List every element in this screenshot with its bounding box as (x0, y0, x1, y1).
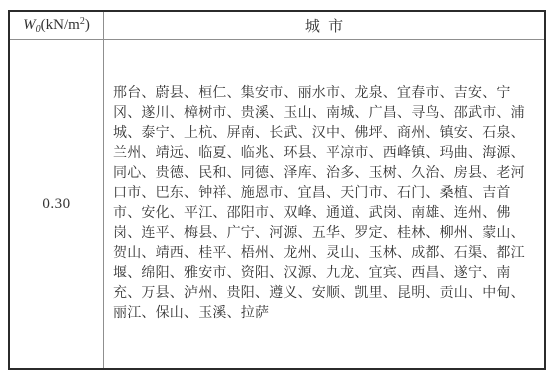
city-list-text: 邢台、蔚县、桓仁、集安市、丽水市、龙泉、宜春市、吉安、宁冈、遂川、樟树市、贵溪、… (104, 78, 544, 330)
header-cell-w0: W0(kN/m2) (10, 12, 104, 39)
table-header-row: W0(kN/m2) 城市 (10, 12, 544, 40)
w0-symbol: W (23, 17, 36, 33)
w0-column-header: W0(kN/m2) (23, 16, 90, 35)
w0-value-cell: 0.30 (10, 40, 104, 368)
header-cell-city: 城市 (104, 12, 544, 39)
city-column-header: 城市 (305, 15, 352, 36)
w0-unit-open: (kN/m (41, 17, 80, 33)
city-list-cell: 邢台、蔚县、桓仁、集安市、丽水市、龙泉、宜春市、吉安、宁冈、遂川、樟树市、贵溪、… (104, 40, 544, 368)
w0-unit-close: ) (85, 17, 90, 33)
table-body-row: 0.30 邢台、蔚县、桓仁、集安市、丽水市、龙泉、宜春市、吉安、宁冈、遂川、樟树… (10, 40, 544, 368)
w0-value: 0.30 (42, 196, 70, 213)
wind-pressure-table: W0(kN/m2) 城市 0.30 邢台、蔚县、桓仁、集安市、丽水市、龙泉、宜春… (8, 10, 546, 370)
